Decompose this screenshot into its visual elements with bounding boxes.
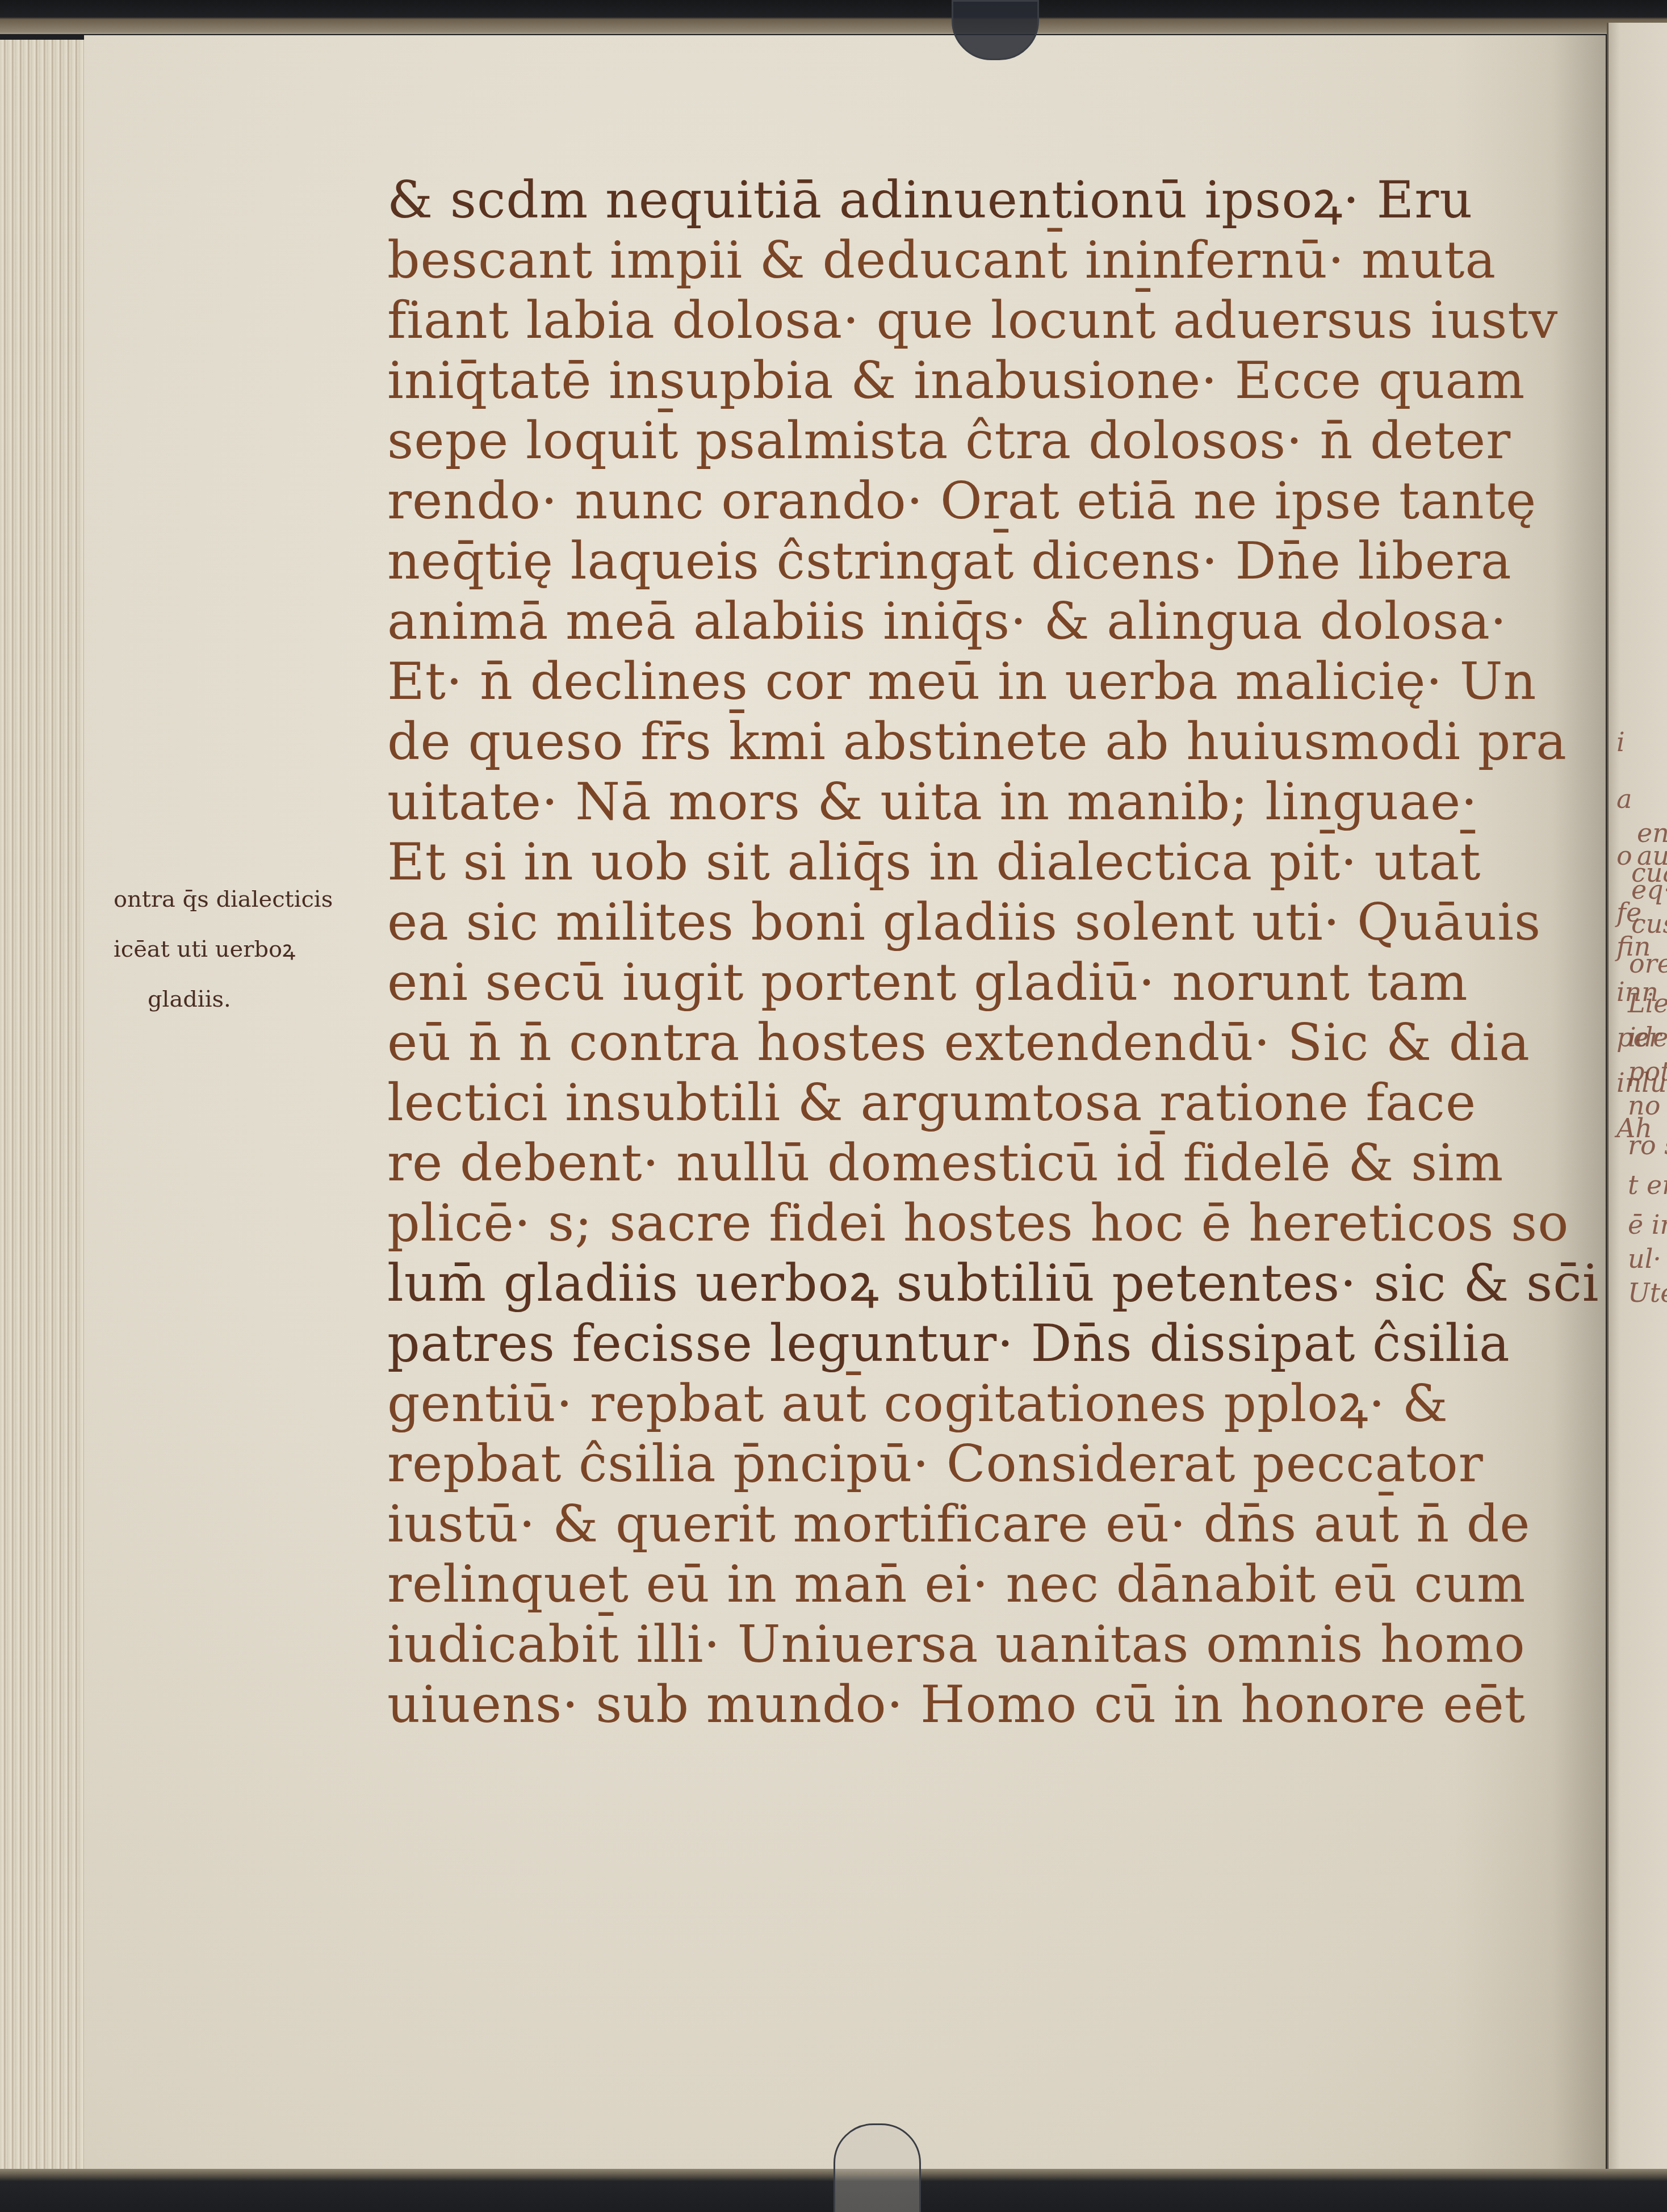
page-clip-bottom [834, 2123, 921, 2212]
facing-fragment: no uit [1628, 1090, 1667, 1121]
book-top-edge [0, 0, 1667, 34]
facing-fragment: Uterru [1628, 1277, 1667, 1308]
text-line: relinquet eū in man̄ ei· nec dānabit eū … [387, 1555, 1534, 1615]
text-line: lum̄ gladiis uerboꝝ subtiliū petentes· s… [387, 1254, 1534, 1314]
text-line: & scdm nequitiā adinuentionū ipsoꝝ· Eru [387, 170, 1534, 231]
text-line: iudicabit̄ illi· Uniuersa uanitas omnis … [387, 1615, 1534, 1675]
text-line: uitate· Nā mors & uita in manib; linguae… [387, 772, 1534, 832]
main-text-block: & scdm nequitiā adinuentionū ipsoꝝ· Eru … [387, 170, 1534, 1735]
facing-fragment: Liena [1628, 988, 1667, 1019]
facing-page: i a o fe fin inn per inlu Ah enu aut cua… [1607, 23, 1667, 2175]
text-line: gentiū· repbat aut̄ cogitationes pploꝝ· … [387, 1374, 1534, 1434]
text-line: animā meā alabiis iniq̄s· & alingua dolo… [387, 592, 1534, 652]
facing-fragment: a [1616, 784, 1632, 814]
facing-fragment: potest [1628, 1056, 1667, 1087]
text-line: bescant impii & deducant̄ ininfernū· mut… [387, 231, 1534, 291]
text-line: neq̄tię laqueis ĉstringat̄ dicens· Dn̄e … [387, 531, 1534, 592]
text-line: Et si in uob sit aliq̄s in dialectica pi… [387, 832, 1534, 893]
text-line: rendo· nunc orando· Orat etiā ne ipse ta… [387, 471, 1534, 531]
facing-fragment: ro sc̄e [1628, 1130, 1667, 1161]
facing-fragment: ores [1629, 948, 1667, 979]
text-line: uiuens· sub mundo· Homo cū in honore eēt [387, 1675, 1534, 1735]
text-line: fiant labia dolosa· que locunt̄ aduersus… [387, 291, 1534, 351]
page-edges-stack [0, 40, 85, 2175]
text-line: eni secū iugit portent gladiū· norunt ta… [387, 953, 1534, 1013]
text-line: Et· n̄ declines cor meū in uerba malicię… [387, 652, 1534, 712]
text-line: sepe loquit̄ psalmista ĉtra dolosos· n̄ … [387, 411, 1534, 471]
margin-line: icēat uti uerboꝝ [114, 924, 375, 974]
text-line: iniq̄tatē insupbia & inabusione· Ecce qu… [387, 351, 1534, 411]
text-line: lectici insubtili & argumtosa ratione fa… [387, 1073, 1534, 1133]
facing-fragment: o [1616, 840, 1632, 871]
margin-line: gladiis. [114, 974, 375, 1024]
text-line: patres fecisse leguntur· Dn̄s dissipat ĉ… [387, 1314, 1534, 1374]
marginal-annotation: ontra q̄s dialecticis icēat uti uerboꝝ g… [114, 874, 375, 1024]
text-line: repbat ĉsilia p̄ncipū· Considerat peccat… [387, 1434, 1534, 1494]
facing-fragment: t erran [1628, 1170, 1667, 1200]
margin-line: ontra q̄s dialecticis [114, 874, 375, 924]
facing-fragment: eq· D [1631, 874, 1667, 905]
text-line: eū n̄ n̄ contra hostes extendendū· Sic &… [387, 1013, 1534, 1073]
text-line: de queso fr̄s k̄mi abstinete ab huiusmod… [387, 712, 1534, 772]
facing-fragment: ē inbap [1628, 1209, 1667, 1240]
facing-fragment: ul· sic a [1628, 1243, 1667, 1274]
text-line: iustū· & querit mortificare eū· dn̄s aut… [387, 1494, 1534, 1555]
text-line: plicē· s; sacre fidei hostes hoc ē heret… [387, 1193, 1534, 1254]
text-line: ea sic milites boni gladiis solent uti· … [387, 893, 1534, 953]
facing-fragment: i [1616, 727, 1625, 757]
facing-fragment: ideq· e [1628, 1022, 1667, 1053]
text-line: re debent· nullū domesticū id̄ fidelē & … [387, 1133, 1534, 1193]
facing-fragment: cusi [1631, 908, 1667, 939]
